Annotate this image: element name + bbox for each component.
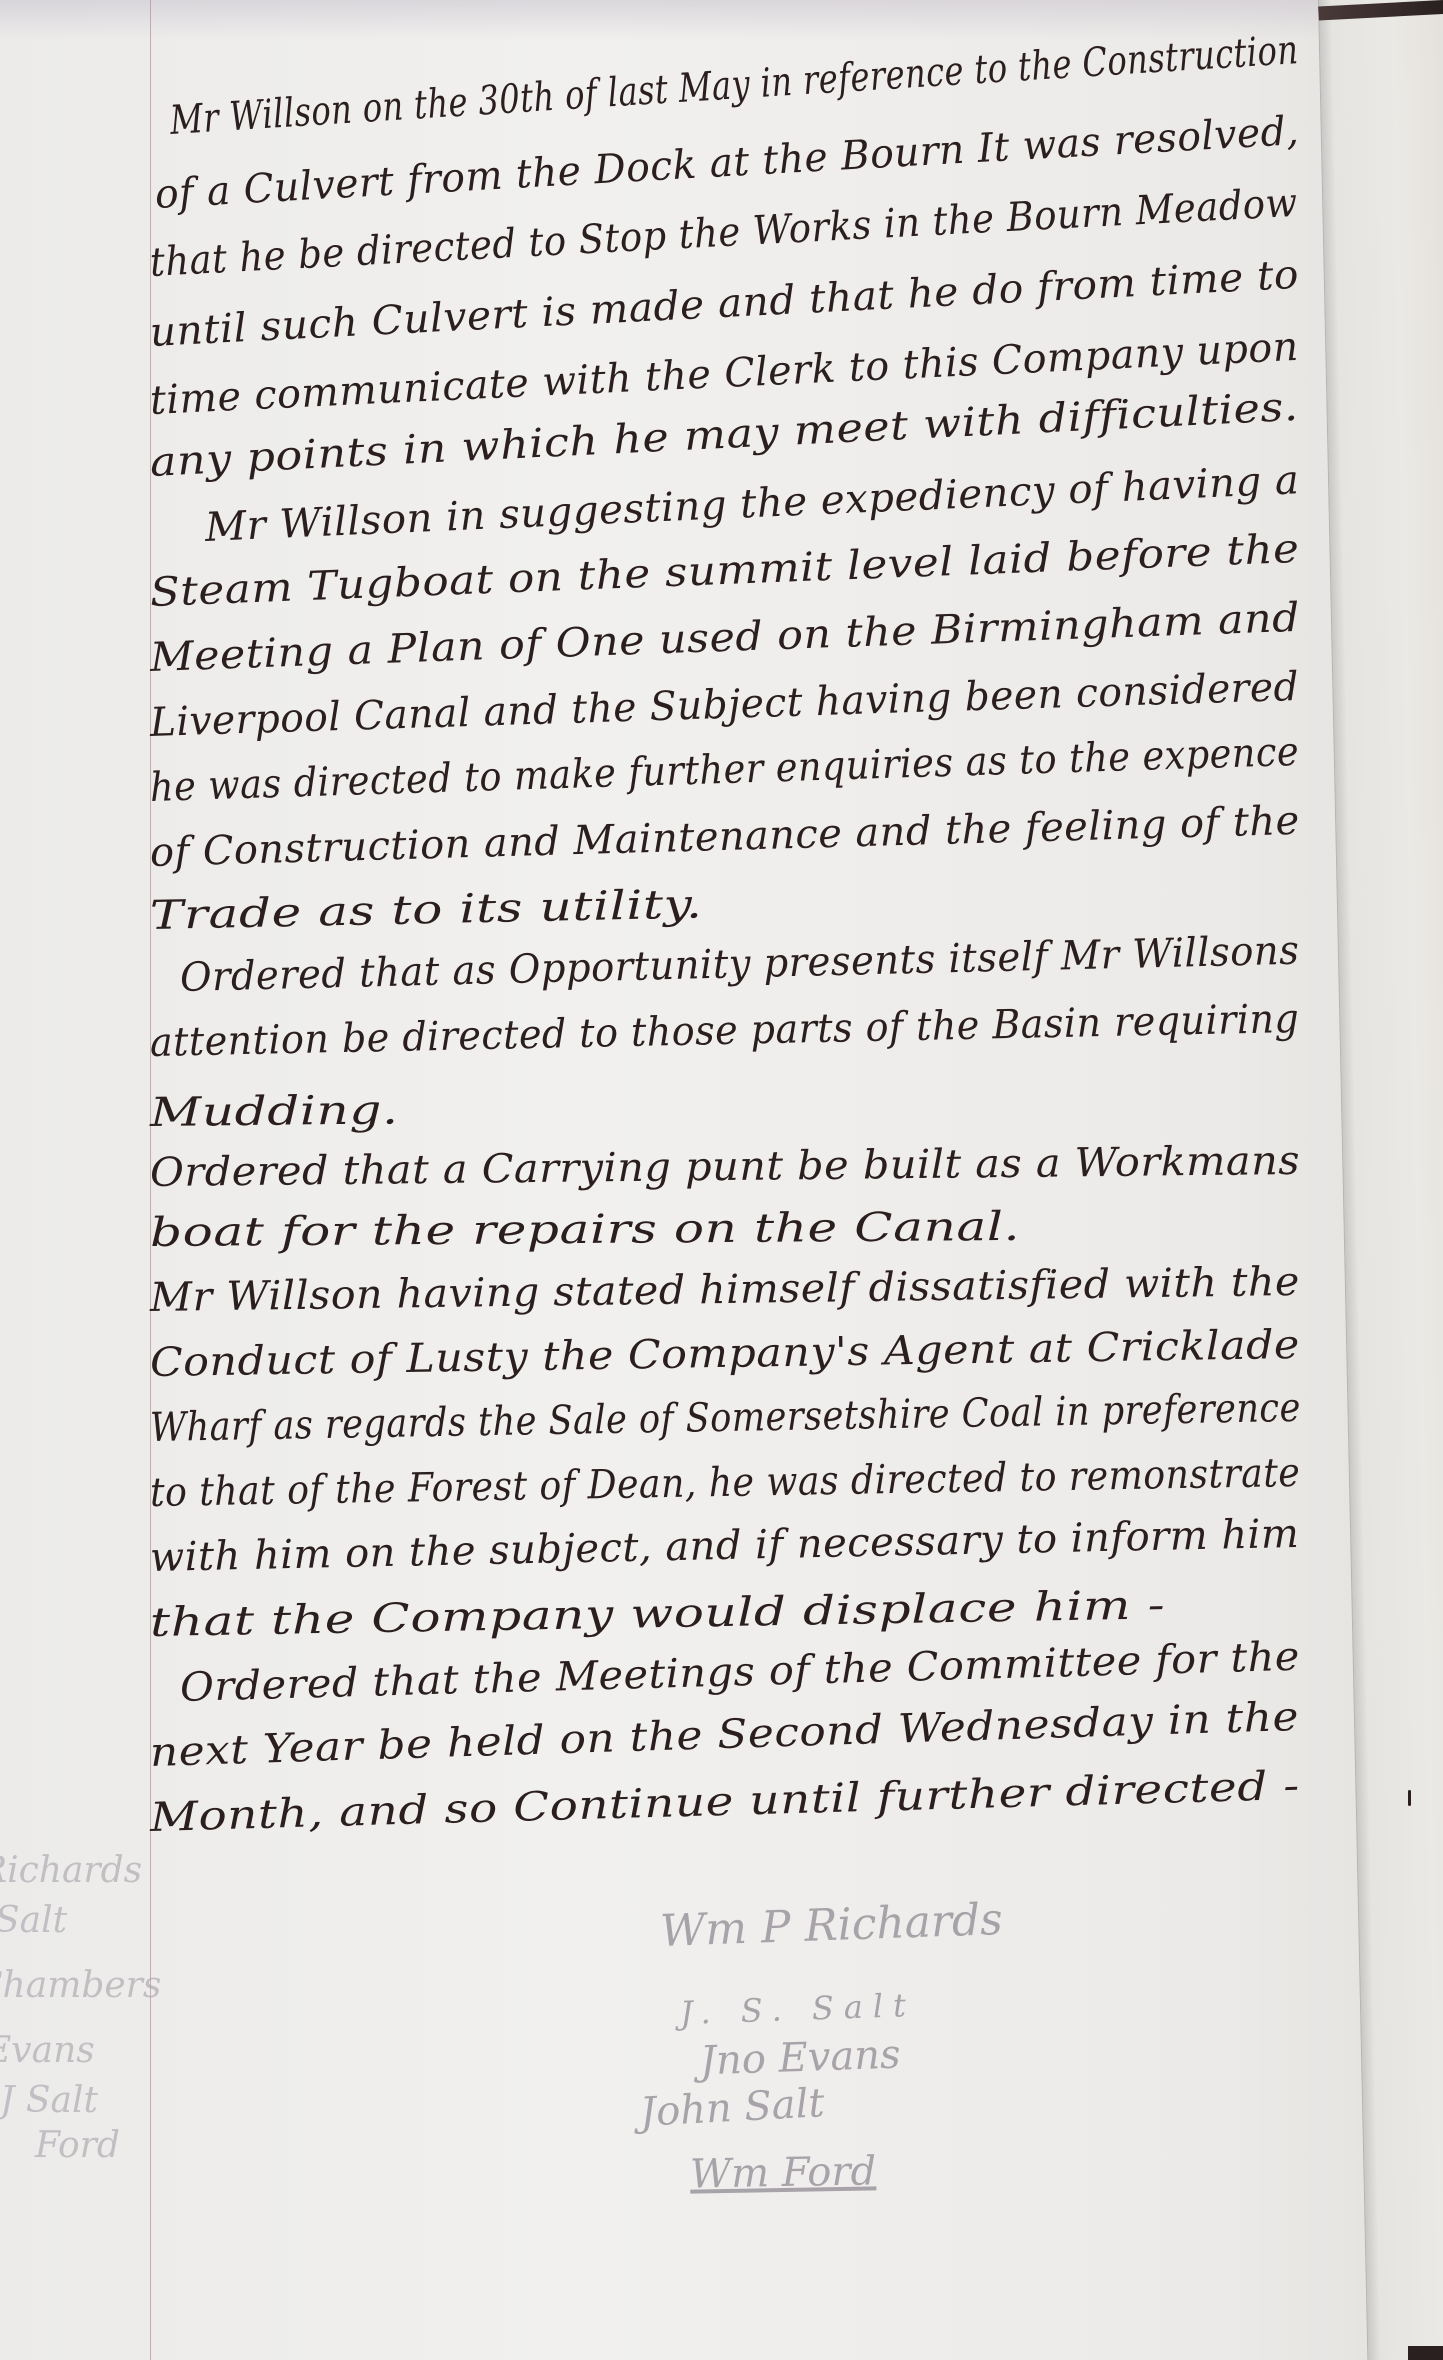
- margin-name: Evans: [0, 2030, 95, 2071]
- body-line: Ordered that as Opportunity presents its…: [179, 928, 1299, 1001]
- body-line: to that of the Forest of Dean, he was di…: [150, 1450, 1301, 1516]
- body-line: Trade as to its utility.: [150, 881, 703, 939]
- body-line: Mudding.: [150, 1087, 399, 1136]
- margin-name: Salt: [0, 1900, 67, 1941]
- margin-name: Ford: [35, 2125, 120, 2166]
- body-line: of Construction and Maintenance and the …: [149, 798, 1300, 876]
- body-line: that the Company would displace him -: [150, 1582, 1166, 1646]
- ink-mark: [1408, 1790, 1411, 1806]
- margin-name: Richards: [0, 1850, 142, 1891]
- scanned-page: Mr Willson on the 30th of last May in re…: [0, 0, 1443, 2360]
- body-line: Mr Willson having stated himself dissati…: [150, 1259, 1300, 1321]
- margin-name: Chambers: [0, 1965, 161, 2006]
- signature: Wm Ford: [690, 2148, 877, 2197]
- body-line: boat for the repairs on the Canal.: [150, 1204, 1020, 1256]
- body-line: he was directed to make further enquirie…: [149, 729, 1299, 811]
- body-line: Conduct of Lusty the Company's Agent at …: [150, 1322, 1300, 1386]
- signature: Jno Evans: [699, 2032, 901, 2085]
- body-line: Wharf as regards the Sale of Somersetshi…: [150, 1385, 1302, 1451]
- body-line: with him on the subject, and if necessar…: [150, 1511, 1300, 1581]
- body-line: Month, and so Continue until further dir…: [149, 1763, 1300, 1841]
- body-line: attention be directed to those parts of …: [150, 996, 1300, 1066]
- signature: John Salt: [639, 2080, 826, 2136]
- body-line: Ordered that a Carrying punt be built as…: [150, 1138, 1300, 1196]
- margin-name: J Salt: [0, 2080, 98, 2121]
